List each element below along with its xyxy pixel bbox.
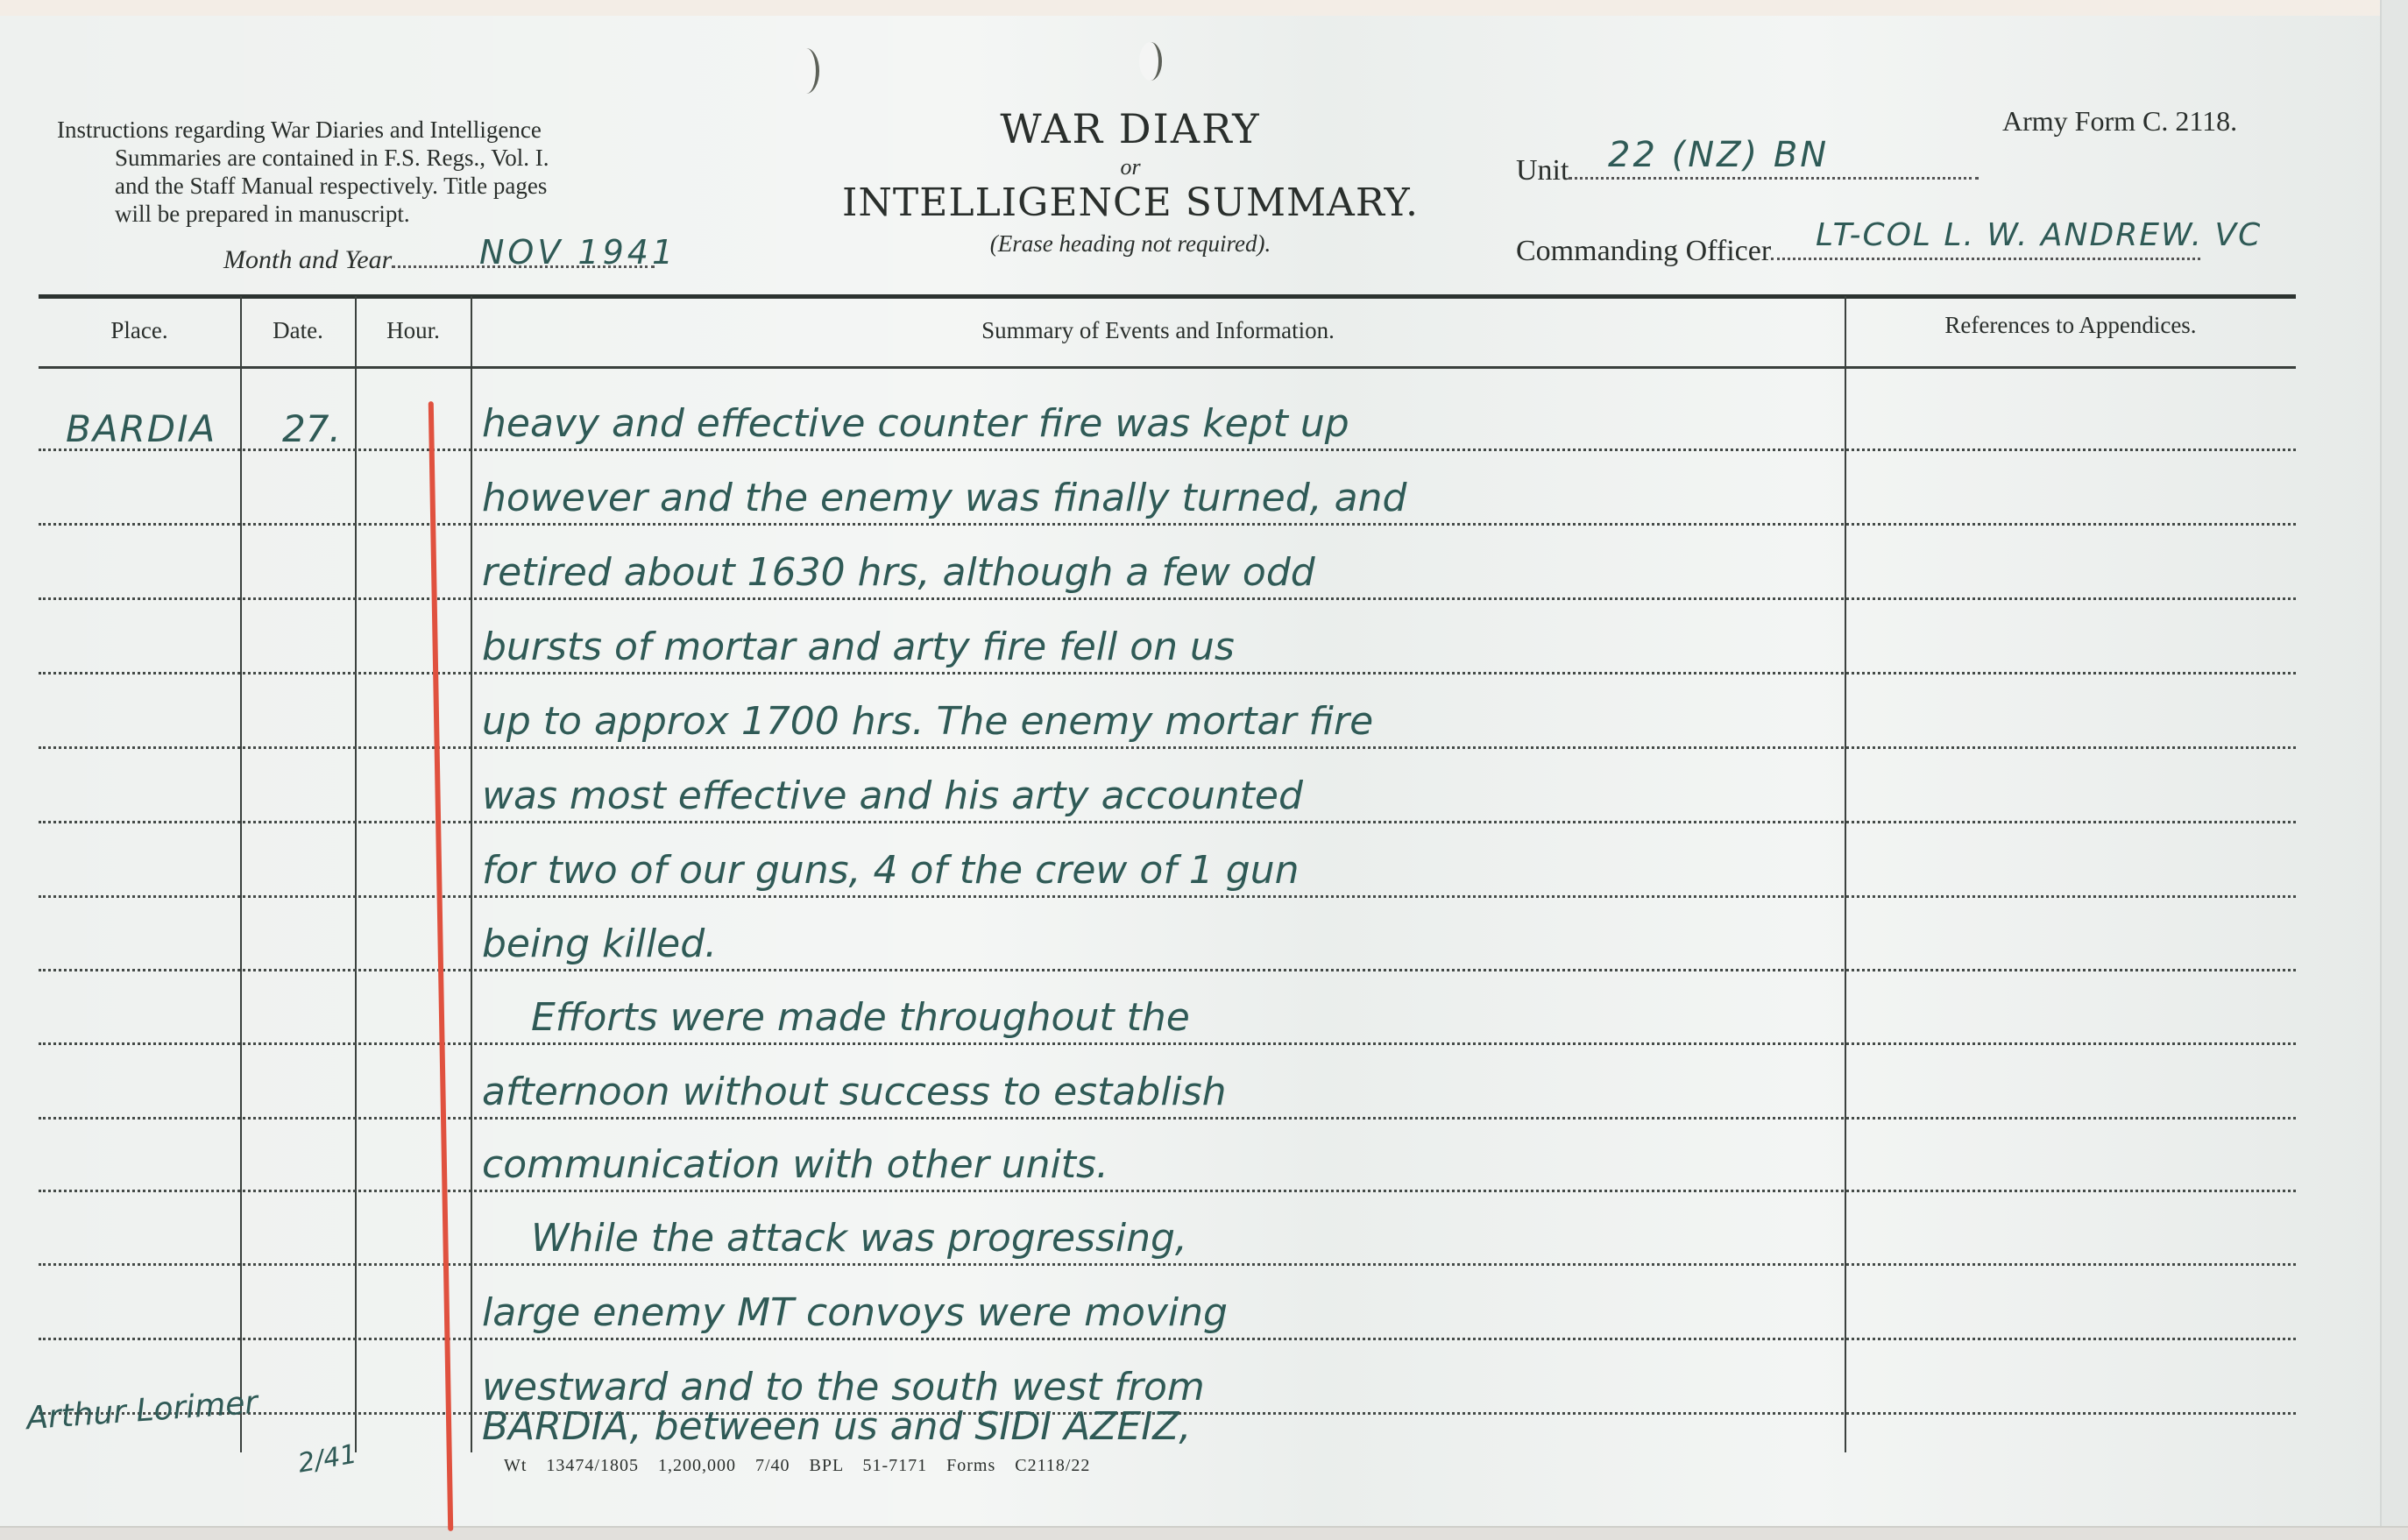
- summary-line: however and the enemy was finally turned…: [482, 476, 1840, 520]
- summary-line: retired about 1630 hrs, although a few o…: [482, 550, 1840, 595]
- instructions-line: and the Staff Manual respectively. Title…: [57, 172, 723, 200]
- title-intelligence-summary: INTELLIGENCE SUMMARY.: [815, 180, 1446, 225]
- row-rule: [39, 746, 2296, 749]
- punch-hole-icon: [1139, 42, 1162, 81]
- row-rule: [39, 1117, 2296, 1120]
- red-margin-line: [428, 401, 454, 1531]
- summary-line: was most effective and his arty accounte…: [482, 774, 1840, 818]
- signature: Arthur Lorimer: [25, 1385, 259, 1437]
- entry-place: BARDIA: [66, 407, 216, 450]
- top-edge: [0, 0, 2408, 16]
- instructions-line: Instructions regarding War Diaries and I…: [57, 116, 723, 144]
- title-war-diary: WAR DIARY: [815, 105, 1446, 152]
- title-or: or: [815, 154, 1446, 180]
- summary-line: for two of our guns, 4 of the crew of 1 …: [482, 848, 1840, 893]
- entry-date: 27.: [282, 407, 341, 450]
- column-divider: [240, 296, 242, 1452]
- instructions-text: Instructions regarding War Diaries and I…: [57, 116, 723, 228]
- commanding-officer-field: Commanding Officer LT-COL L. W. ANDREW. …: [1516, 235, 2200, 268]
- unit-dotted-line: [1569, 177, 1979, 180]
- row-rule: [39, 1190, 2296, 1192]
- instructions-line: Summaries are contained in F.S. Regs., V…: [57, 144, 723, 172]
- army-form-number: Army Form C. 2118.: [2002, 105, 2237, 138]
- header-bottom-rule: [39, 366, 2296, 369]
- column-divider: [1845, 296, 1846, 1452]
- row-rule: [39, 449, 2296, 451]
- signature-date: 2/41: [295, 1438, 358, 1479]
- summary-line: being killed.: [482, 922, 1840, 966]
- row-rule: [39, 1042, 2296, 1045]
- printer-code: Wt 13474/1805 1,200,000 7/40 BPL 51-7171…: [504, 1456, 1090, 1476]
- column-header-date: Date.: [241, 317, 355, 344]
- summary-line: heavy and effective counter fire was kep…: [482, 401, 1840, 446]
- war-diary-page: Instructions regarding War Diaries and I…: [0, 0, 2408, 1540]
- column-divider: [355, 296, 357, 1452]
- officer-dotted-line: [1771, 258, 2200, 260]
- row-rule: [39, 1338, 2296, 1340]
- summary-line: large enemy MT convoys were moving: [482, 1290, 1840, 1335]
- summary-line: BARDIA, between us and SIDI AZEIZ,: [482, 1404, 1840, 1449]
- unit-value: 22 (NZ) BN: [1608, 135, 1829, 175]
- month-year-field: Month and Year NOV 1941: [223, 245, 655, 275]
- title-note: (Erase heading not required).: [815, 230, 1446, 258]
- row-rule: [39, 597, 2296, 600]
- officer-value: LT-COL L. W. ANDREW. VC: [1816, 217, 2262, 253]
- summary-line: bursts of mortar and arty fire fell on u…: [482, 625, 1840, 669]
- unit-field: Unit 22 (NZ) BN: [1516, 154, 1979, 187]
- column-header-references: References to Appendices.: [1845, 312, 2296, 339]
- month-year-value: NOV 1941: [479, 233, 676, 272]
- summary-line: Efforts were made throughout the: [482, 995, 1840, 1040]
- header-top-rule: [39, 294, 2296, 299]
- summary-line: up to approx 1700 hrs. The enemy mortar …: [482, 699, 1840, 744]
- punch-hole-icon: [793, 48, 819, 94]
- column-header-place: Place.: [39, 317, 240, 344]
- row-rule: [39, 1263, 2296, 1266]
- row-rule: [39, 672, 2296, 675]
- unit-label: Unit: [1516, 154, 1569, 187]
- summary-line: While the attack was progressing,: [482, 1216, 1840, 1261]
- bottom-edge: [0, 1526, 2408, 1540]
- row-rule: [39, 969, 2296, 971]
- month-year-label: Month and Year: [223, 245, 392, 274]
- column-divider: [471, 296, 472, 1452]
- column-header-hour: Hour.: [356, 317, 471, 344]
- row-rule: [39, 821, 2296, 823]
- officer-label: Commanding Officer: [1516, 235, 1771, 267]
- summary-line: westward and to the south west from: [482, 1365, 1840, 1409]
- summary-line: communication with other units.: [482, 1142, 1840, 1187]
- right-edge: [2380, 0, 2408, 1540]
- summary-line: afternoon without success to establish: [482, 1070, 1840, 1114]
- row-rule: [39, 523, 2296, 526]
- instructions-line: will be prepared in manuscript.: [57, 200, 723, 228]
- form-title: WAR DIARY or INTELLIGENCE SUMMARY. (Eras…: [815, 105, 1446, 258]
- column-header-summary: Summary of Events and Information.: [471, 317, 1845, 344]
- row-rule: [39, 895, 2296, 898]
